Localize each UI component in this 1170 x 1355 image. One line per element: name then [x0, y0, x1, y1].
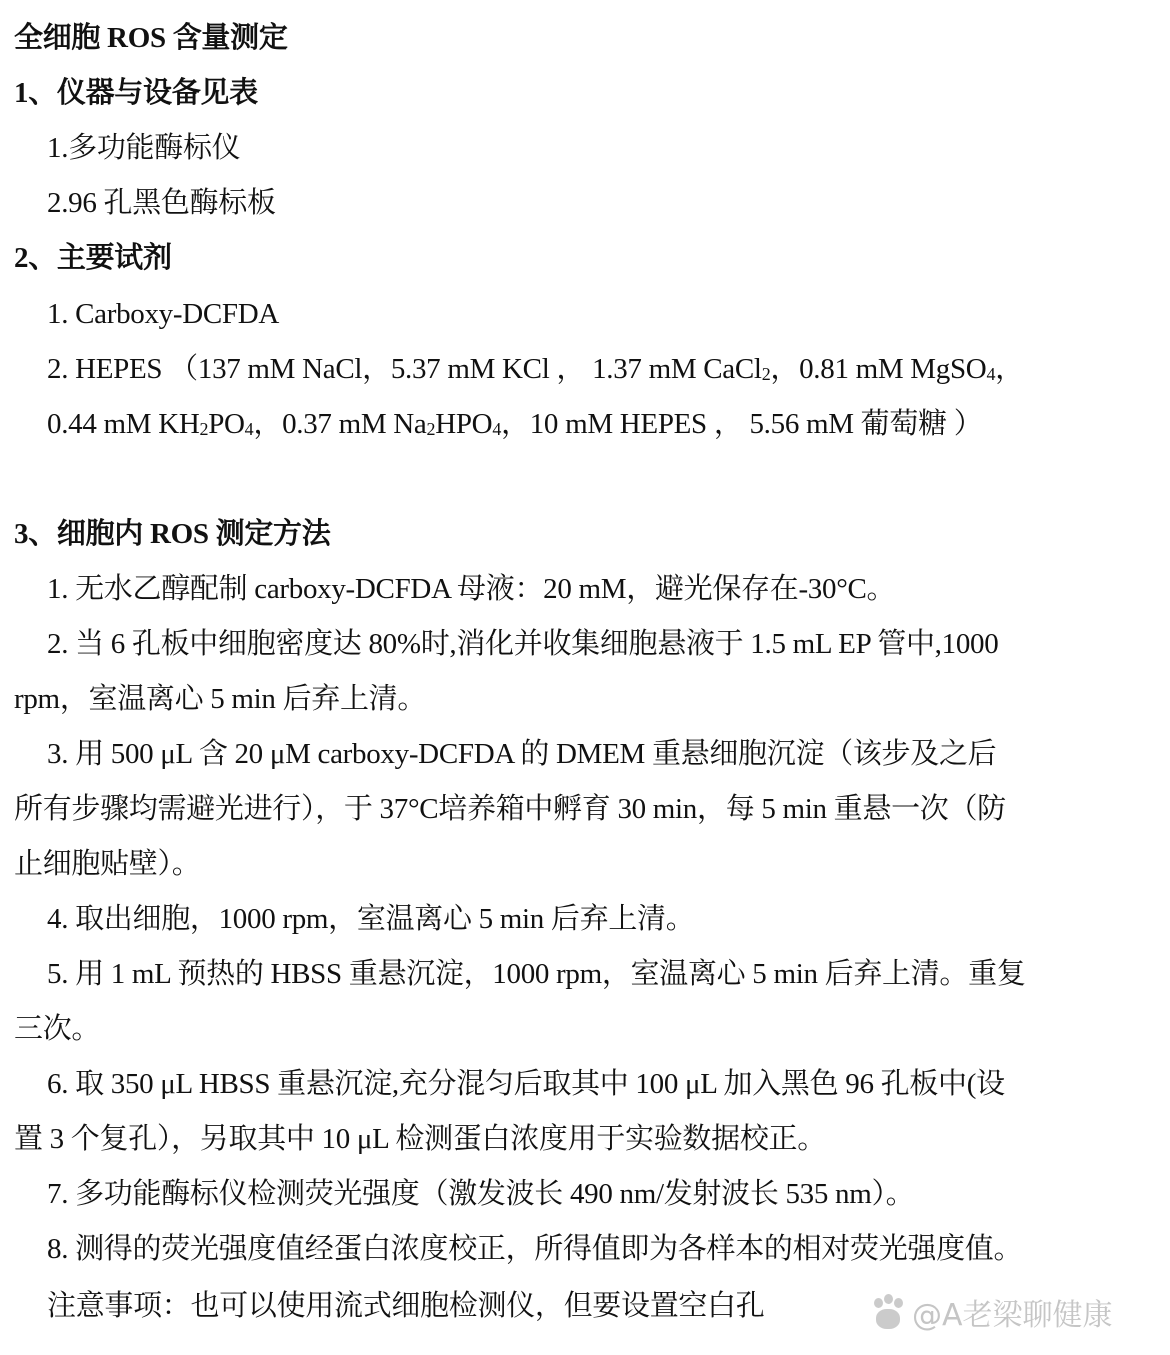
section-1-heading: 1、仪器与设备见表	[14, 73, 258, 113]
method-step-1: 1. 无水乙醇配制 carboxy-DCFDA 母液：20 mM，避光保存在-3…	[47, 569, 895, 609]
method-step-6: 6. 取 350 μL HBSS 重悬沉淀,充分混匀后取其中 100 μL 加入…	[47, 1064, 1005, 1104]
watermark-text: @A老梁聊健康	[912, 1290, 1113, 1334]
reagent-text: ，0.37 mM Na	[253, 408, 426, 440]
reagent-text: PO	[208, 408, 244, 440]
method-step-8: 8. 测得的荧光强度值经蛋白浓度校正，所得值即为各样本的相对荧光强度值。	[47, 1229, 1022, 1269]
section-2-heading: 2、主要试剂	[14, 238, 172, 278]
method-step-5-cont: 三次。	[14, 1009, 100, 1049]
subscript: 2	[199, 419, 208, 439]
equipment-item-2: 2.96 孔黑色酶标板	[47, 183, 276, 223]
reagent-item-2-line-2: 0.44 mM KH2PO4，0.37 mM Na2HPO4，10 mM HEP…	[47, 404, 982, 444]
method-step-4: 4. 取出细胞，1000 rpm，室温离心 5 min 后弃上清。	[47, 899, 694, 939]
reagent-text: 2. HEPES （137 mM NaCl，5.37 mM KCl ， 1.37…	[47, 353, 762, 385]
reagent-text: ，10 mM HEPES ， 5.56 mM 葡萄糖 ）	[501, 408, 982, 440]
reagent-text: ，0.81 mM MgSO	[770, 353, 986, 385]
subscript: 4	[492, 419, 501, 439]
reagent-text: HPO	[435, 408, 492, 440]
reagent-text: 0.44 mM KH	[47, 408, 199, 440]
subscript: 2	[426, 419, 435, 439]
method-step-3: 3. 用 500 μL 含 20 μM carboxy-DCFDA 的 DMEM…	[47, 734, 996, 774]
baidu-paw-icon	[870, 1294, 906, 1330]
document-title: 全细胞 ROS 含量测定	[14, 18, 288, 58]
note-line: 注意事项：也可以使用流式细胞检测仪，但要设置空白孔	[47, 1286, 765, 1326]
watermark: @A老梁聊健康	[870, 1290, 1113, 1334]
reagent-text: ，	[995, 353, 1024, 385]
method-step-2-cont: rpm，室温离心 5 min 后弃上清。	[14, 679, 426, 719]
reagent-item-1: 1. Carboxy-DCFDA	[47, 294, 279, 334]
reagent-item-2-line-1: 2. HEPES （137 mM NaCl，5.37 mM KCl ， 1.37…	[47, 349, 1024, 389]
method-step-3-cont: 所有步骤均需避光进行），于 37°C培养箱中孵育 30 min，每 5 min …	[14, 789, 1006, 829]
equipment-item-1: 1.多功能酶标仪	[47, 128, 240, 168]
section-3-heading: 3、细胞内 ROS 测定方法	[14, 514, 330, 554]
method-step-3-cont-2: 止细胞贴壁）。	[14, 844, 200, 884]
method-step-2: 2. 当 6 孔板中细胞密度达 80%时,消化并收集细胞悬液于 1.5 mL E…	[47, 624, 998, 664]
method-step-7: 7. 多功能酶标仪检测荧光强度（激发波长 490 nm/发射波长 535 nm）…	[47, 1174, 914, 1214]
method-step-6-cont: 置 3 个复孔），另取其中 10 μL 检测蛋白浓度用于实验数据校正。	[14, 1119, 826, 1159]
subscript: 4	[986, 364, 995, 384]
method-step-5: 5. 用 1 mL 预热的 HBSS 重悬沉淀，1000 rpm，室温离心 5 …	[47, 954, 1026, 994]
